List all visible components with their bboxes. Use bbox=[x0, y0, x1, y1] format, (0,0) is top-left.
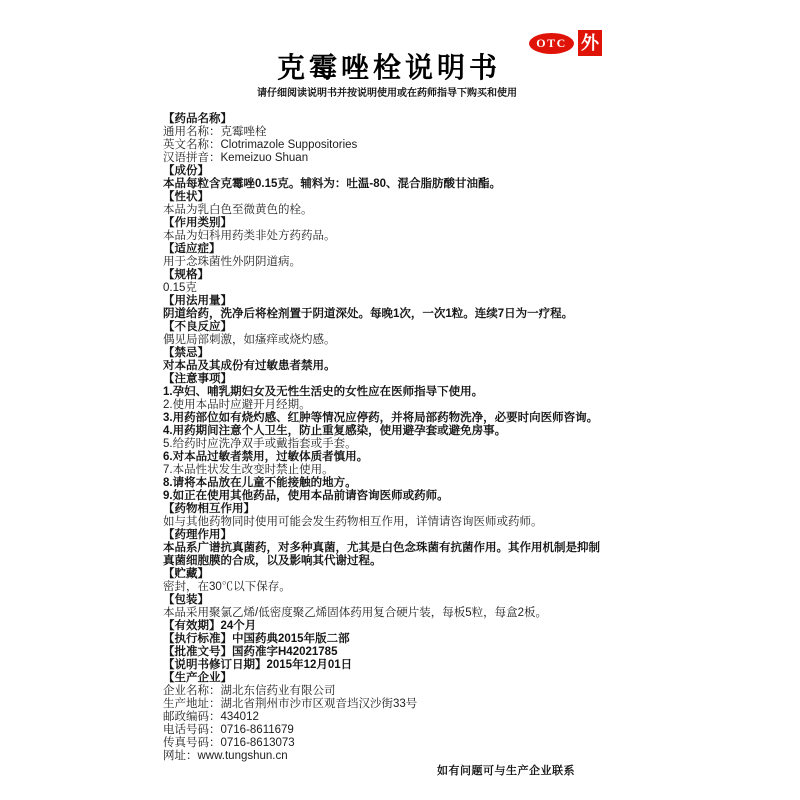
section-heading-line: 【注意事项】 bbox=[163, 373, 663, 386]
body-line: 密封，在30℃以下保存。 bbox=[163, 581, 663, 594]
body-line: 通用名称：克霉唑栓 bbox=[163, 126, 663, 139]
body-line: 如与其他药物同时使用可能会发生药物相互作用，详情请咨询医师或药师。 bbox=[163, 516, 663, 529]
body-line: 2.使用本品时应避开月经期。 bbox=[163, 399, 663, 412]
body-line: 6.对本品过敏者禁用，过敏体质者慎用。 bbox=[163, 451, 663, 464]
body-line: 5.给药时应洗净双手或戴指套或手套。 bbox=[163, 438, 663, 451]
section-heading-line: 【生产企业】 bbox=[163, 672, 663, 685]
section-heading-line: 【禁忌】 bbox=[163, 347, 663, 360]
body-line: 本品为乳白色至微黄色的栓。 bbox=[163, 204, 663, 217]
body-line: 汉语拼音：Kemeizuo Shuan bbox=[163, 152, 663, 165]
section-heading-line: 【有效期】24个月 bbox=[163, 620, 663, 633]
body-line: 本品采用聚氯乙烯/低密度聚乙烯固体药用复合硬片装，每板5粒，每盒2板。 bbox=[163, 607, 663, 620]
section-heading-line: 【适应症】 bbox=[163, 243, 663, 256]
body-line: 生产地址：湖北省荆州市沙市区观音垱汉沙街33号 bbox=[163, 698, 663, 711]
body-line: 本品系广谱抗真菌药，对多种真菌，尤其是白色念珠菌有抗菌作用。其作用机制是抑制 bbox=[163, 542, 663, 555]
body-line: 传真号码：0716-8613073 bbox=[163, 737, 663, 750]
body-line: 本品每粒含克霉唑0.15克。辅料为：吐温-80、混合脂肪酸甘油酯。 bbox=[163, 178, 663, 191]
section-heading-line: 【用法用量】 bbox=[163, 295, 663, 308]
body-line: 网址：www.tungshun.cn bbox=[163, 750, 663, 763]
section-heading-line: 【药物相互作用】 bbox=[163, 503, 663, 516]
section-heading-line: 【作用类别】 bbox=[163, 217, 663, 230]
body-line: 本品为妇科用药类非处方药药品。 bbox=[163, 230, 663, 243]
body-line: 7.本品性状发生改变时禁止使用。 bbox=[163, 464, 663, 477]
section-heading-line: 【包装】 bbox=[163, 594, 663, 607]
section-heading-line: 【药品名称】 bbox=[163, 113, 663, 126]
footer-note: 如有问题可与生产企业联系 bbox=[437, 762, 575, 778]
body-line: 9.如正在使用其他药品，使用本品前请咨询医师或药师。 bbox=[163, 490, 663, 503]
body-line: 对本品及其成份有过敏患者禁用。 bbox=[163, 360, 663, 373]
body-line: 偶见局部刺激，如瘙痒或烧灼感。 bbox=[163, 334, 663, 347]
body-line: 8.请将本品放在儿童不能接触的地方。 bbox=[163, 477, 663, 490]
section-heading-line: 【规格】 bbox=[163, 269, 663, 282]
body-text: 【药品名称】通用名称：克霉唑栓英文名称：Clotrimazole Supposi… bbox=[163, 113, 663, 763]
body-line: 电话号码：0716-8611679 bbox=[163, 724, 663, 737]
body-line: 阴道给药，洗净后将栓剂置于阴道深处。每晚1次，一次1粒。连续7日为一疗程。 bbox=[163, 308, 663, 321]
section-heading-line: 【贮藏】 bbox=[163, 568, 663, 581]
subtitle: 请仔细阅读说明书并按说明使用或在药师指导下购买和使用 bbox=[0, 84, 787, 99]
body-line: 英文名称：Clotrimazole Suppositories bbox=[163, 139, 663, 152]
section-heading-line: 【性状】 bbox=[163, 191, 663, 204]
page-title: 克霉唑栓说明书 bbox=[0, 46, 789, 86]
body-line: 用于念珠菌性外阴阴道病。 bbox=[163, 256, 663, 269]
section-heading-line: 【批准文号】国药准字H42021785 bbox=[163, 646, 663, 659]
section-heading-line: 【说明书修订日期】2015年12月01日 bbox=[163, 659, 663, 672]
section-heading-line: 【药理作用】 bbox=[163, 529, 663, 542]
leaflet-page: OTC 外 克霉唑栓说明书 请仔细阅读说明书并按说明使用或在药师指导下购买和使用… bbox=[0, 0, 800, 800]
body-line: 1.孕妇、哺乳期妇女及无性生活史的女性应在医师指导下使用。 bbox=[163, 386, 663, 399]
section-heading-line: 【执行标准】中国药典2015年版二部 bbox=[163, 633, 663, 646]
section-heading-line: 【成份】 bbox=[163, 165, 663, 178]
body-line: 真菌细胞膜的合成，以及影响其代谢过程。 bbox=[163, 555, 663, 568]
body-line: 邮政编码：434012 bbox=[163, 711, 663, 724]
body-line: 4.用药期间注意个人卫生，防止重复感染，使用避孕套或避免房事。 bbox=[163, 425, 663, 438]
body-line: 企业名称：湖北东信药业有限公司 bbox=[163, 685, 663, 698]
body-line: 0.15克 bbox=[163, 282, 663, 295]
body-line: 3.用药部位如有烧灼感、红肿等情况应停药，并将局部药物洗净，必要时向医师咨询。 bbox=[163, 412, 663, 425]
section-heading-line: 【不良反应】 bbox=[163, 321, 663, 334]
